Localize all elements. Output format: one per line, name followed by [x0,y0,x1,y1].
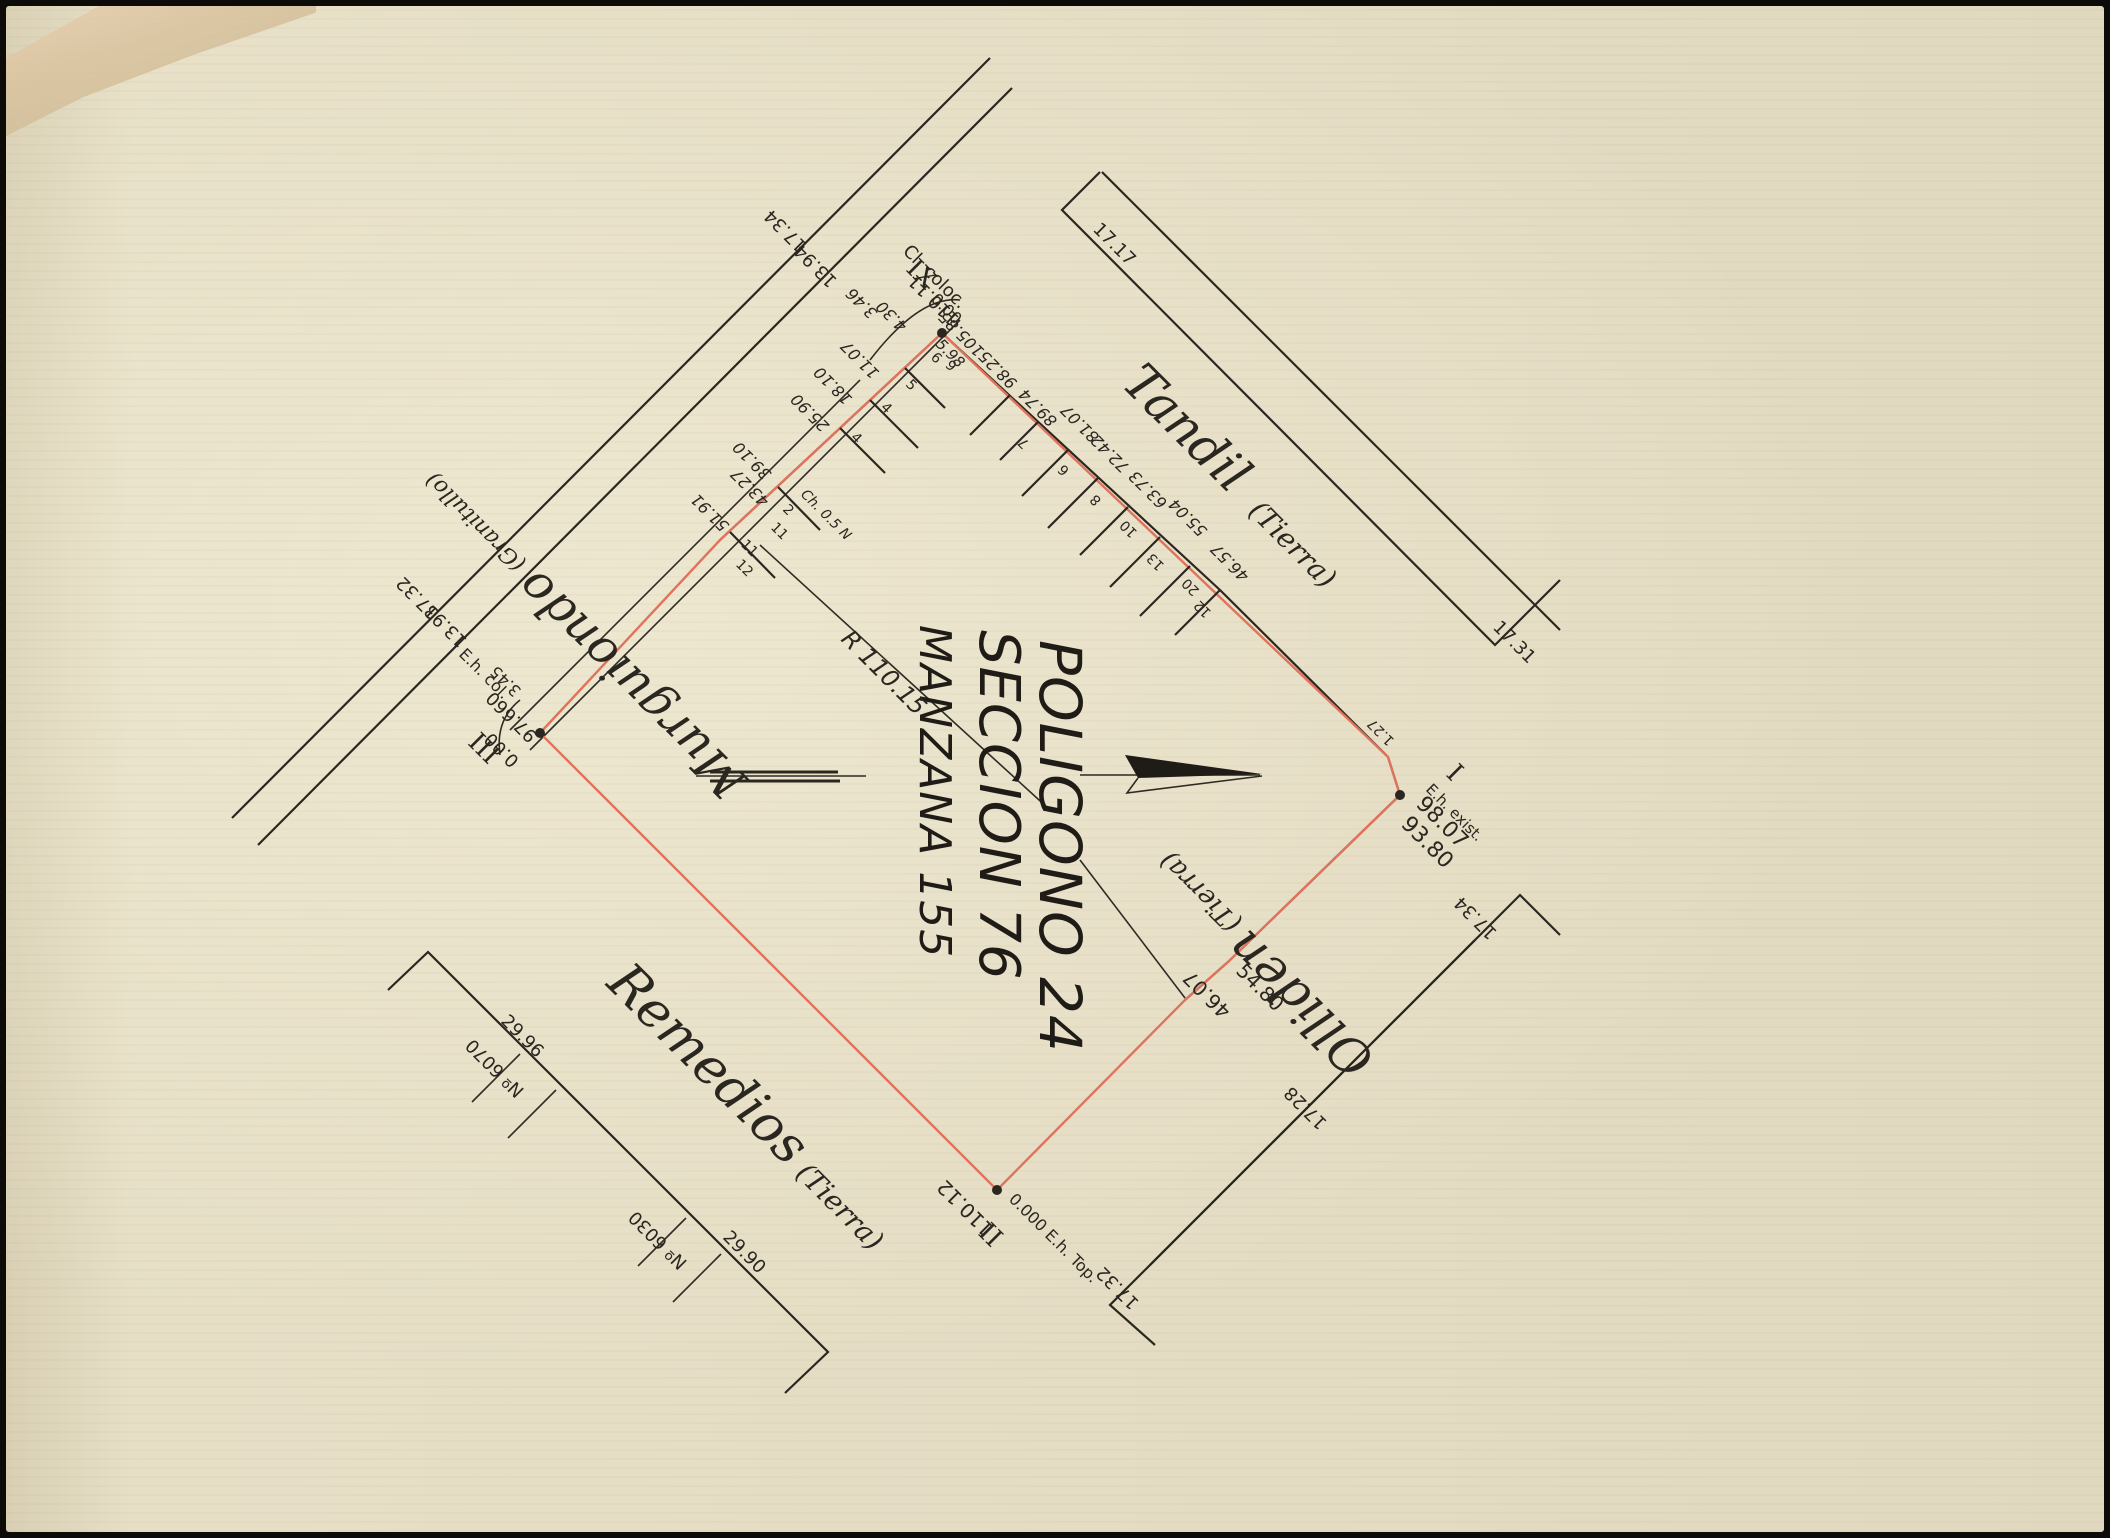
lot-mark-left-4: 2 [779,502,797,520]
title-seccion: SECCION 76 [966,630,1031,981]
title-manzana: MANZANA 155 [909,625,960,958]
block-title: POLIGONO 24 [1026,640,1094,1053]
title-manzana-group: MANZANA 155 [909,625,960,958]
street-surface-murguiondo: (Granitullo) [421,467,531,577]
street-surface-remedios: (Tierra) [790,1156,891,1257]
street-width-labels: 17.34 13.94 17.32 13.93 17.17 17.31 17.3… [392,205,1540,1313]
street-remedios-lines [388,952,828,1393]
lot-mark-left-3: 4 [847,430,865,448]
remedios-lot-1-number: Nº 6030 [625,1207,692,1274]
survey-plan: POLIGONO 24 SECCION 76 MANZANA 155 R 110… [0,0,2110,1538]
lot-mark-left-7: 12 [732,557,756,581]
vertex-ii-note: 0.000 E.h. Top. [1005,1189,1102,1286]
lot-mark-left-2: 4 [877,400,895,418]
street-olliden-label: Olliden (Tierra) [1138,842,1385,1089]
lot-mark-right-5: 13 [1144,550,1168,574]
measure-left-2: 11.07 [836,336,882,382]
street-name-olliden: Olliden [1215,919,1385,1089]
width-murguiondo-inner-bottom: 13.93 [420,600,471,651]
lot-mark-left-1: 5 [902,377,920,395]
street-murguiondo-lines [232,58,1012,845]
street-surface-tandil: (Tierra) [1242,494,1343,595]
measure-left-7: 51.91 [687,490,733,536]
measure-olliden-1: 46.07 [1178,966,1235,1023]
north-arrow-icon [1080,755,1262,793]
vertex-i-roman: I [1440,759,1468,787]
measure-left-4: 25.90 [787,390,833,436]
measure-right-7: 55.04 [1165,495,1211,541]
street-surface-olliden: (Tierra) [1154,845,1247,938]
measure-right-8: 46.57 [1206,539,1252,585]
remedios-lot-0-dist: 29.96 [496,1011,547,1062]
left-side-measurements: 4.30 3.46 11.07 18.10 25.90 39.10 43.27 … [687,284,911,544]
title-seccion-group: SECCION 76 [966,630,1031,981]
title-poligono: POLIGONO 24 [1026,640,1094,1053]
measure-left-1: 3.46 [842,284,881,323]
vertex-i-small-mark: 1.27 [1364,715,1397,748]
street-olliden-lines [1110,895,1560,1345]
lot-mark-right-3: 8 [1087,491,1105,509]
measure-right-6: 63.73 [1125,467,1171,513]
width-olliden-top: 17.34 [1450,892,1501,943]
measure-left-3: 18.10 [810,363,856,409]
lot-mark-right-1: 7 [1015,434,1033,452]
lot-mark-right-2: 6 [1055,461,1073,479]
street-name-remedios: Remedios [595,951,821,1177]
measure-left-0: 4.30 [872,297,911,336]
remedios-lot-1-dist: 29.90 [718,1227,769,1278]
vertex-ii-elev: 110.12 [932,1175,998,1241]
measure-right-5: 72.42 [1087,431,1133,477]
lot-mark-left-5: 11 [767,520,791,544]
street-name-murguiondo: Murguiondo [506,559,758,811]
